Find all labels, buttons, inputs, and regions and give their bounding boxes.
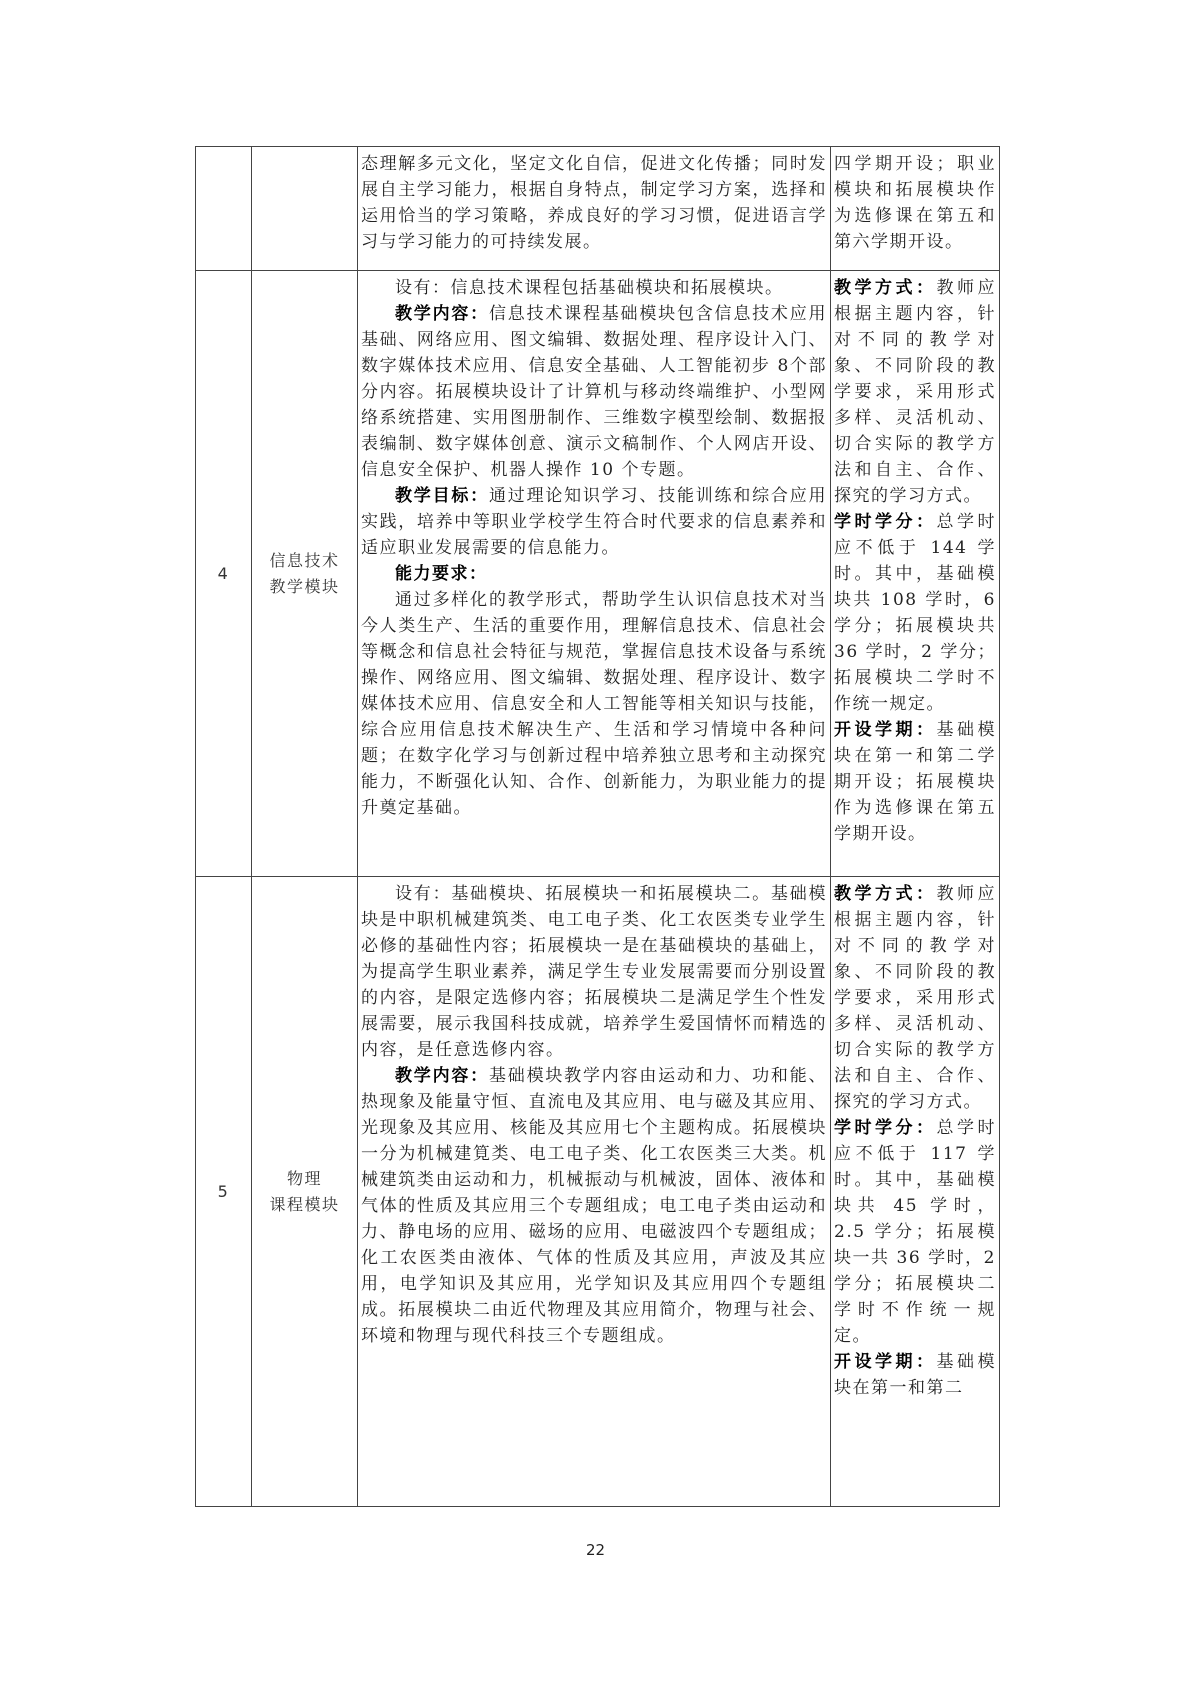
notes-label: 教学方式： [834, 278, 937, 298]
content-paragraph: 教学内容：信息技术课程基础模块包含信息技术应用基础、网络应用、图文编辑、数据处理… [361, 301, 827, 483]
content-paragraph: 设有：信息技术课程包括基础模块和拓展模块。 [361, 275, 827, 301]
section-label: 教学内容： [395, 304, 489, 324]
notes-label: 学时学分： [834, 512, 937, 532]
table-row: 4 信息技术 教学模块 设有：信息技术课程包括基础模块和拓展模块。 教学内容：信… [196, 271, 1000, 877]
table-row: 5 物理 课程模块 设有：基础模块、拓展模块一和拓展模块二。基础模块是中职机械建… [196, 877, 1000, 1507]
notes-label: 开设学期： [834, 1352, 937, 1372]
module-content: 设有：基础模块、拓展模块一和拓展模块二。基础模块是中职机械建筑类、电工电子类、化… [358, 877, 831, 1507]
content-paragraph: 教学目标：通过理论知识学习、技能训练和综合应用实践，培养中等职业学校学生符合时代… [361, 483, 827, 561]
table-row: 态理解多元文化，坚定文化自信，促进文化传播；同时发展自主学习能力，根据自身特点，… [196, 147, 1000, 271]
module-name-line1: 信息技术 [255, 548, 354, 574]
row-number [196, 147, 252, 271]
section-label: 教学内容： [395, 1066, 489, 1086]
notes-paragraph: 学时学分：总学时应不低于 117 学时。其中，基础模块共 45 学时，2.5 学… [834, 1115, 996, 1349]
notes-label: 教学方式： [834, 884, 937, 904]
module-name-line2: 课程模块 [255, 1192, 354, 1218]
notes-paragraph: 学时学分：总学时应不低于 144 学时。其中，基础模块共 108 学时，6 学分… [834, 509, 996, 717]
curriculum-table: 态理解多元文化，坚定文化自信，促进文化传播；同时发展自主学习能力，根据自身特点，… [195, 146, 1000, 1507]
row-number: 4 [196, 271, 252, 877]
module-name: 物理 课程模块 [252, 877, 358, 1507]
notes-paragraph: 教学方式：教师应根据主题内容，针对不同的教学对象、不同阶段的教学要求，采用形式多… [834, 881, 996, 1115]
module-name: 信息技术 教学模块 [252, 271, 358, 877]
notes-label: 学时学分： [834, 1118, 937, 1138]
module-notes: 教学方式：教师应根据主题内容，针对不同的教学对象、不同阶段的教学要求，采用形式多… [831, 877, 1000, 1507]
notes-paragraph: 四学期开设；职业模块和拓展模块作为选修课在第五和第六学期开设。 [834, 151, 996, 255]
notes-paragraph: 教学方式：教师应根据主题内容，针对不同的教学对象、不同阶段的教学要求，采用形式多… [834, 275, 996, 509]
notes-paragraph: 开设学期：基础模块在第一和第二 [834, 1349, 996, 1401]
notes-label: 开设学期： [834, 720, 937, 740]
notes-paragraph: 开设学期：基础模块在第一和第二学期开设；拓展模块作为选修课在第五学期开设。 [834, 717, 996, 847]
content-paragraph: 态理解多元文化，坚定文化自信，促进文化传播；同时发展自主学习能力，根据自身特点，… [361, 151, 827, 255]
module-name [252, 147, 358, 271]
module-content: 态理解多元文化，坚定文化自信，促进文化传播；同时发展自主学习能力，根据自身特点，… [358, 147, 831, 271]
content-paragraph: 教学内容：基础模块教学内容由运动和力、功和能、热现象及能量守恒、直流电及其应用、… [361, 1063, 827, 1349]
module-content: 设有：信息技术课程包括基础模块和拓展模块。 教学内容：信息技术课程基础模块包含信… [358, 271, 831, 877]
section-label: 教学目标： [395, 486, 489, 506]
module-notes: 四学期开设；职业模块和拓展模块作为选修课在第五和第六学期开设。 [831, 147, 1000, 271]
content-paragraph: 能力要求： [361, 561, 827, 587]
section-label: 能力要求： [395, 564, 488, 584]
content-paragraph: 通过多样化的教学形式，帮助学生认识信息技术对当今人类生产、生活的重要作用，理解信… [361, 587, 827, 821]
module-name-line2: 教学模块 [255, 574, 354, 600]
page-number: 22 [0, 1541, 1191, 1559]
content-paragraph: 设有：基础模块、拓展模块一和拓展模块二。基础模块是中职机械建筑类、电工电子类、化… [361, 881, 827, 1063]
module-notes: 教学方式：教师应根据主题内容，针对不同的教学对象、不同阶段的教学要求，采用形式多… [831, 271, 1000, 877]
row-number: 5 [196, 877, 252, 1507]
module-name-line1: 物理 [255, 1166, 354, 1192]
